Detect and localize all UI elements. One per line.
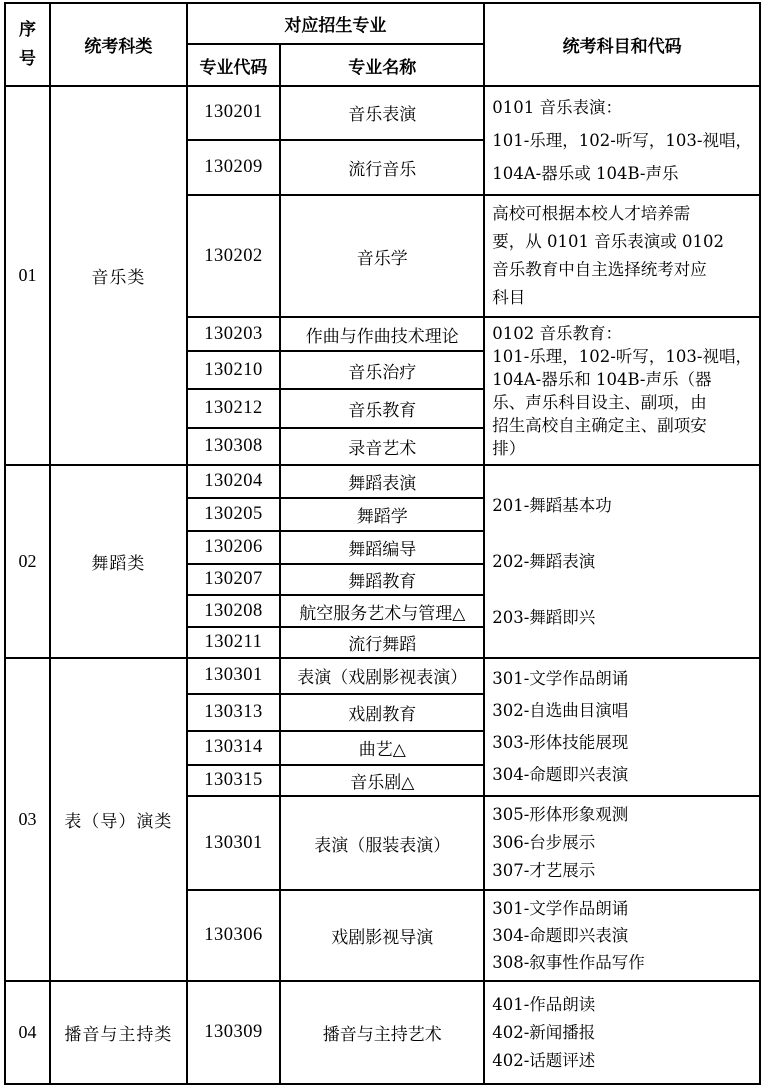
subjects-line: 302-自选曲目演唱	[492, 695, 752, 727]
table-row: 02 舞蹈类 130204 舞蹈表演 201-舞蹈基本功 202-舞蹈表演 20…	[5, 465, 760, 498]
subjects-line: 402-新闻播报	[492, 1019, 752, 1047]
cell-section-no: 01	[5, 86, 50, 465]
subjects-line: 101-乐理，102-听写，103-视唱，	[492, 345, 752, 368]
cell-major-name: 播音与主持艺术	[280, 981, 484, 1084]
subjects-line: 101-乐理，102-听写，103-视唱，	[492, 124, 752, 157]
header-serial-label: 序号	[18, 16, 38, 74]
cell-major-name: 舞蹈教育	[280, 564, 484, 595]
header-subjects-label: 统考科目和代码	[563, 37, 682, 56]
table-row: 03 表（导）演类 130301 表演（戏剧影视表演） 301-文学作品朗诵 3…	[5, 658, 760, 694]
cell-subjects: 305-形体形象观测 306-台步展示 307-才艺展示	[484, 796, 760, 890]
subjects-line: 301-文学作品朗诵	[492, 895, 752, 922]
cell-section-no: 04	[5, 981, 50, 1084]
cell-subjects: 0102 音乐教育： 101-乐理，102-听写，103-视唱， 104A-器乐…	[484, 317, 760, 465]
cell-major-name: 曲艺△	[280, 731, 484, 766]
cell-major-code: 130202	[187, 195, 281, 317]
cell-major-code: 130211	[187, 627, 281, 658]
cell-major-name: 音乐表演	[280, 86, 484, 140]
cell-major-code: 130206	[187, 531, 281, 564]
cell-major-name: 戏剧影视导演	[280, 890, 484, 981]
subjects-line: 招生高校自主确定主、副项安	[492, 414, 752, 437]
header-row-1: 序号 统考科类 对应招生专业 统考科目和代码	[5, 3, 760, 44]
cell-subjects: 0101 音乐表演： 101-乐理，102-听写，103-视唱， 104A-器乐…	[484, 86, 760, 195]
page: { "page": { "background": "#ffffff", "bo…	[0, 2, 761, 1060]
header-category: 统考科类	[50, 3, 187, 86]
cell-major-code: 130212	[187, 389, 281, 427]
cell-major-name: 舞蹈编导	[280, 531, 484, 564]
subjects-line: 304-命题即兴表演	[492, 922, 752, 949]
subjects-line: 0102 音乐教育：	[492, 322, 752, 345]
cell-subjects: 201-舞蹈基本功 202-舞蹈表演 203-舞蹈即兴	[484, 465, 760, 658]
header-major-name: 专业名称	[280, 44, 484, 86]
subjects-line: 科目	[492, 284, 752, 312]
cell-subjects: 401-作品朗读 402-新闻播报 402-话题评述	[484, 981, 760, 1084]
subjects-line: 104A-器乐和 104B-声乐（器	[492, 368, 752, 391]
cell-major-name: 音乐教育	[280, 389, 484, 427]
cell-major-code: 130313	[187, 694, 281, 731]
cell-major-code: 130309	[187, 981, 281, 1084]
header-majors-group-label: 对应招生专业	[284, 16, 386, 35]
subjects-line: 高校可根据本校人才培养需	[492, 200, 752, 228]
header-subjects: 统考科目和代码	[484, 3, 760, 86]
cell-section-category: 音乐类	[50, 86, 187, 465]
cell-section-no: 02	[5, 465, 50, 658]
cell-major-name: 航空服务艺术与管理△	[280, 595, 484, 627]
subjects-line: 303-形体技能展现	[492, 727, 752, 759]
exam-category-table: 序号 统考科类 对应招生专业 统考科目和代码 专业代码 专业名称 01 音乐类 …	[4, 2, 761, 1085]
subjects-line: 音乐教育中自主选择统考对应	[492, 256, 752, 284]
cell-major-code: 130301	[187, 658, 281, 694]
cell-major-name: 录音艺术	[280, 428, 484, 465]
cell-major-code: 130308	[187, 428, 281, 465]
cell-section-no: 03	[5, 658, 50, 981]
subjects-line: 乐、声乐科目设主、副项，由	[492, 391, 752, 414]
header-major-name-label: 专业名称	[348, 58, 416, 77]
subjects-line: 304-命题即兴表演	[492, 759, 752, 791]
subjects-line: 308-叙事性作品写作	[492, 949, 752, 976]
cell-major-code: 130205	[187, 498, 281, 531]
cell-major-name: 表演（戏剧影视表演）	[280, 658, 484, 694]
cell-major-code: 130301	[187, 796, 281, 890]
table-row: 01 音乐类 130201 音乐表演 0101 音乐表演： 101-乐理，102…	[5, 86, 760, 140]
cell-major-code: 130204	[187, 465, 281, 498]
subjects-line: 要，从 0101 音乐表演或 0102	[492, 228, 752, 256]
header-major-code: 专业代码	[187, 44, 281, 86]
cell-major-code: 130314	[187, 731, 281, 766]
cell-section-category: 播音与主持类	[50, 981, 187, 1084]
cell-subjects: 高校可根据本校人才培养需 要，从 0101 音乐表演或 0102 音乐教育中自主…	[484, 195, 760, 317]
cell-section-category: 表（导）演类	[50, 658, 187, 981]
subjects-line: 203-舞蹈即兴	[492, 606, 752, 630]
header-serial: 序号	[5, 3, 50, 86]
subjects-line: 0101 音乐表演：	[492, 91, 752, 124]
cell-major-code: 130208	[187, 595, 281, 627]
cell-major-code: 130207	[187, 564, 281, 595]
cell-major-name: 音乐剧△	[280, 765, 484, 796]
subjects-line: 202-舞蹈表演	[492, 550, 752, 574]
subjects-line: 402-话题评述	[492, 1047, 752, 1075]
cell-major-name: 作曲与作曲技术理论	[280, 317, 484, 351]
subjects-line: 306-台步展示	[492, 829, 752, 857]
subjects-line: 301-文学作品朗诵	[492, 663, 752, 695]
cell-major-name: 舞蹈学	[280, 498, 484, 531]
cell-major-name: 音乐治疗	[280, 351, 484, 389]
cell-major-name: 流行音乐	[280, 140, 484, 195]
cell-subjects: 301-文学作品朗诵 304-命题即兴表演 308-叙事性作品写作	[484, 890, 760, 981]
subjects-line: 排）	[492, 437, 752, 460]
cell-major-code: 130315	[187, 765, 281, 796]
header-major-code-label: 专业代码	[199, 58, 267, 77]
cell-major-name: 音乐学	[280, 195, 484, 317]
cell-major-code: 130210	[187, 351, 281, 389]
cell-major-code: 130201	[187, 86, 281, 140]
cell-major-code: 130209	[187, 140, 281, 195]
table-row: 04 播音与主持类 130309 播音与主持艺术 401-作品朗读 402-新闻…	[5, 981, 760, 1084]
cell-major-name: 流行舞蹈	[280, 627, 484, 658]
cell-major-code: 130203	[187, 317, 281, 351]
subjects-line: 104A-器乐或 104B-声乐	[492, 157, 752, 190]
subjects-line: 307-才艺展示	[492, 857, 752, 885]
subjects-line: 305-形体形象观测	[492, 801, 752, 829]
subjects-line: 201-舞蹈基本功	[492, 494, 752, 518]
subjects-line: 401-作品朗读	[492, 991, 752, 1019]
header-category-label: 统考科类	[84, 37, 152, 56]
cell-major-name: 表演（服装表演）	[280, 796, 484, 890]
cell-subjects: 301-文学作品朗诵 302-自选曲目演唱 303-形体技能展现 304-命题即…	[484, 658, 760, 796]
cell-major-code: 130306	[187, 890, 281, 981]
cell-major-name: 戏剧教育	[280, 694, 484, 731]
header-majors-group: 对应招生专业	[187, 3, 485, 44]
cell-section-category: 舞蹈类	[50, 465, 187, 658]
cell-major-name: 舞蹈表演	[280, 465, 484, 498]
